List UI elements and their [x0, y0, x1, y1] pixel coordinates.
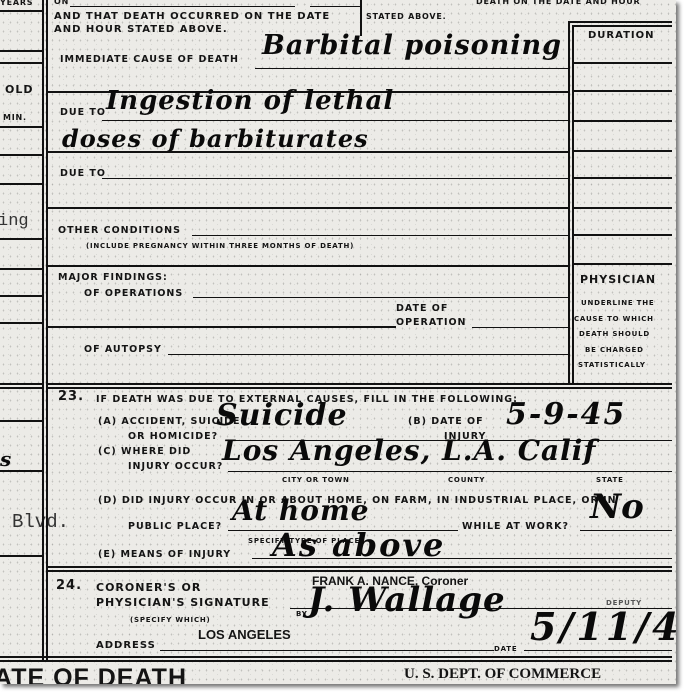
section-rule — [48, 387, 672, 389]
injury-place-label-line2: PUBLIC PLACE? — [128, 521, 222, 533]
divider — [0, 10, 42, 12]
section-rule — [48, 151, 568, 153]
divider — [0, 183, 42, 185]
while-at-work-value: No — [590, 487, 644, 527]
duration-top-rule — [568, 21, 672, 23]
duration-line — [574, 150, 672, 152]
item-24-number: 24. — [56, 580, 82, 592]
duration-line — [574, 120, 672, 122]
due-to-value-line2: doses of barbiturates — [62, 124, 369, 153]
old-label: OLD — [5, 84, 34, 96]
divider — [0, 555, 42, 557]
county-label: COUNTY — [448, 474, 485, 486]
duration-line — [574, 90, 672, 92]
means-of-injury-label: (E) MEANS OF INJURY — [98, 549, 231, 561]
date-label: DATE — [494, 643, 517, 655]
other-conditions-label: OTHER CONDITIONS — [58, 225, 181, 237]
injury-place-value: At home — [232, 494, 369, 527]
due-to-label-1: DUE TO — [60, 107, 106, 119]
duration-line — [574, 62, 672, 64]
fill-line — [580, 530, 672, 531]
divider — [0, 470, 42, 472]
certification-right-line2: STATED ABOVE. — [366, 12, 447, 22]
on-label: ON — [54, 0, 69, 7]
certification-right-line1: DEATH ON THE DATE AND HOUR — [476, 0, 640, 7]
fill-line — [524, 650, 672, 651]
min-label: MIN. — [3, 113, 27, 123]
typed-fragment-blvd: Blvd. — [12, 511, 69, 533]
duration-line — [574, 263, 672, 265]
certification-line1: AND THAT DEATH OCCURRED ON THE DATE — [54, 11, 330, 23]
coroner-label-line1: CORONER'S OR — [96, 582, 201, 594]
fill-line — [160, 650, 494, 651]
divider — [0, 322, 42, 324]
duration-vertical-rule — [568, 21, 570, 385]
physician-header: PHYSICIAN — [580, 274, 656, 286]
state-label: STATE — [596, 474, 624, 486]
where-injury-label-line2: INJURY OCCUR? — [128, 461, 223, 473]
divider — [0, 295, 42, 297]
duration-line — [574, 234, 672, 236]
address-value: LOS ANGELES — [198, 627, 291, 642]
item-23-number: 23. — [58, 391, 84, 403]
signature-date-value: 5/11/45 — [530, 604, 676, 649]
typed-fragment-s: s — [0, 447, 11, 471]
means-of-injury-value: As above — [272, 526, 445, 564]
accident-label-line2: OR HOMICIDE? — [128, 431, 218, 443]
due-to-label-2: DUE TO — [60, 168, 106, 180]
physician-note-line: DEATH SHOULD — [579, 328, 650, 340]
fill-line — [310, 6, 360, 7]
operation-label: OPERATION — [396, 317, 467, 329]
footer-rule — [0, 660, 672, 662]
section-rule — [48, 207, 568, 209]
footer-rule — [0, 656, 672, 658]
divider — [0, 50, 42, 52]
where-injury-label-line1: (C) WHERE DID — [98, 446, 191, 458]
divider — [0, 126, 42, 128]
divider — [0, 268, 42, 270]
section-rule — [48, 570, 672, 572]
date-of-injury-value: 5-9-45 — [506, 397, 626, 432]
coroner-label-line2: PHYSICIAN'S SIGNATURE — [96, 597, 270, 609]
agency-label: U. S. DEPT. OF COMMERCE — [404, 666, 601, 683]
fill-line — [70, 6, 295, 7]
typed-fragment-ing: ing — [0, 212, 29, 231]
of-operations-label: OF OPERATIONS — [84, 288, 183, 300]
section-rule — [48, 326, 396, 328]
city-label: CITY OR TOWN — [282, 474, 350, 486]
duration-top-rule — [572, 25, 672, 27]
divider — [0, 387, 42, 389]
section-rule — [48, 383, 672, 385]
physician-note-line: CAUSE TO WHICH — [574, 313, 654, 325]
immediate-cause-label: IMMEDIATE CAUSE OF DEATH — [60, 54, 239, 66]
other-conditions-field[interactable] — [192, 235, 568, 236]
date-of-operation-field[interactable] — [472, 327, 568, 328]
of-autopsy-field[interactable] — [168, 354, 568, 355]
fill-line — [255, 68, 568, 69]
physician-note-line: UNDERLINE THE — [581, 297, 654, 309]
divider — [0, 154, 42, 156]
duration-header: DURATION — [588, 30, 655, 42]
duration-line — [574, 177, 672, 179]
certificate-title-fragment: ATE OF DEATH — [0, 664, 187, 684]
date-of-injury-label-line1: (B) DATE OF — [408, 416, 484, 428]
fill-line — [228, 471, 672, 472]
section-rule — [48, 265, 568, 267]
physician-note-line: BE CHARGED — [585, 344, 644, 356]
while-at-work-label: WHILE AT WORK? — [462, 521, 569, 533]
other-conditions-note: (INCLUDE PREGNANCY WITHIN THREE MONTHS O… — [86, 240, 354, 252]
divider — [0, 238, 42, 240]
years-label: YEARS — [0, 0, 33, 8]
by-label: BY — [296, 608, 308, 620]
certification-line2: AND HOUR STATED ABOVE. — [54, 24, 228, 36]
fill-line — [102, 120, 568, 121]
due-to-value-line1: Ingestion of lethal — [106, 86, 394, 116]
of-autopsy-label: OF AUTOPSY — [84, 344, 162, 356]
divider — [0, 383, 42, 385]
divider — [0, 62, 42, 64]
section-rule — [48, 566, 672, 568]
due-to-2-field[interactable] — [102, 178, 568, 179]
accident-value: Suicide — [216, 398, 348, 433]
major-findings-label: MAJOR FINDINGS: — [58, 272, 168, 284]
death-certificate-page: YEARS OLD MIN. ing s Blvd. ON AND THAT D… — [0, 0, 676, 684]
of-operations-field[interactable] — [193, 297, 568, 298]
divider — [0, 420, 42, 422]
date-of-label: DATE OF — [396, 303, 448, 315]
coroner-signature: J. Wallage — [308, 580, 506, 620]
specify-which-label: (SPECIFY WHICH) — [130, 614, 211, 626]
address-label: ADDRESS — [96, 640, 156, 652]
physician-note-line: STATISTICALLY — [578, 359, 646, 371]
vertical-rule — [42, 0, 44, 660]
vertical-rule — [46, 0, 48, 660]
immediate-cause-value: Barbital poisoning — [262, 30, 562, 61]
where-injury-value: Los Angeles, L.A. Calif — [222, 434, 596, 467]
duration-line — [574, 207, 672, 209]
duration-vertical-rule — [572, 25, 574, 385]
